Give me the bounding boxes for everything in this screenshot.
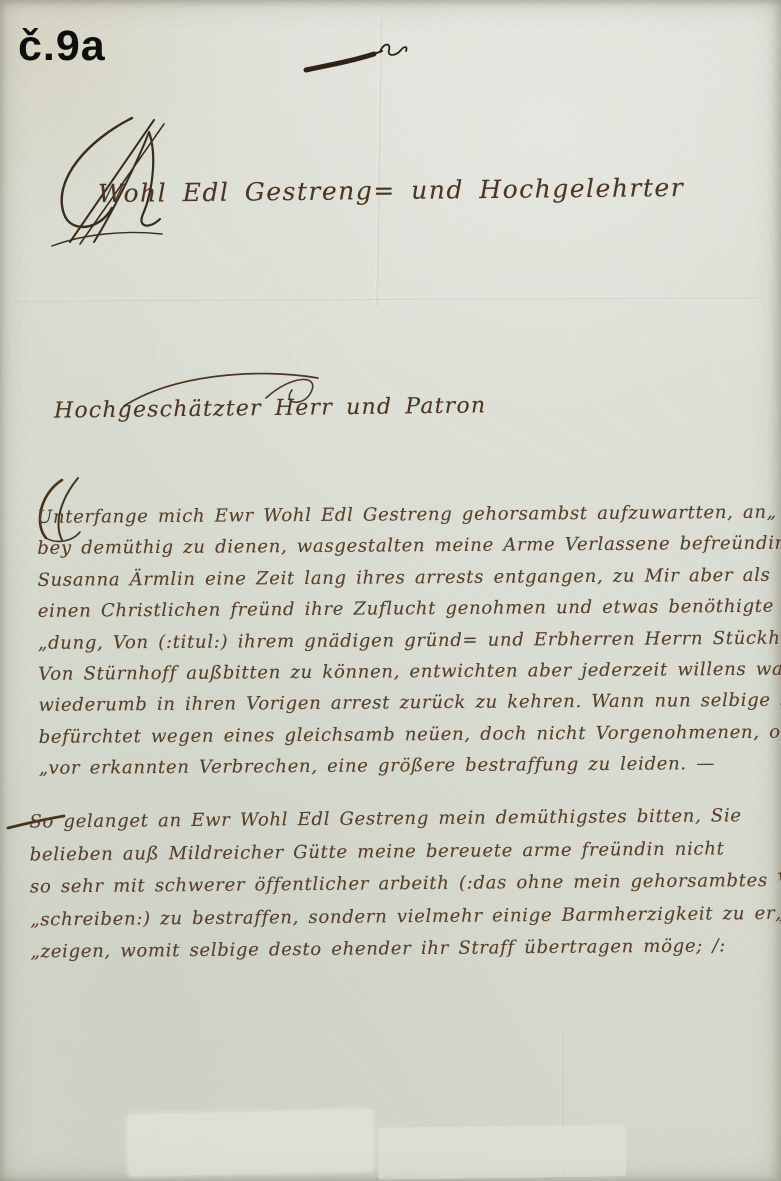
body-line: wiederumb in ihren Vorigen arrest zurück… (38, 685, 781, 722)
body-paragraph-1: Unterfange mich Ewr Wohl Edl Gestreng ge… (37, 496, 781, 784)
bottom-fold-crease (560, 1030, 563, 1178)
letter-salutation: Hochgeschätzter Herr und Patron (54, 393, 487, 423)
paper-repair-patch (378, 1124, 627, 1179)
photographed-manuscript-page: č.9a Wohl Edl Gestreng= und Hochgelehrte… (0, 0, 781, 1181)
body-line: Unterfange mich Ewr Wohl Edl Gestreng ge… (37, 496, 781, 533)
body-line: bey demüthig zu dienen, wasgestalten mei… (37, 528, 781, 565)
body-line: einen Christlichen freünd ihre Zuflucht … (38, 590, 781, 627)
letter-heading: Wohl Edl Gestreng= und Hochgelehrter (98, 173, 684, 208)
body-line: befürchtet wegen eines gleichsamb neüen,… (39, 716, 781, 753)
body-line: „zeigen, womit selbige desto ehender ihr… (30, 930, 781, 969)
ink-paraph-mark (302, 28, 442, 78)
paper-repair-patch (127, 1109, 373, 1176)
body-line: „vor erkannten Verbrechen, eine größere … (39, 747, 781, 784)
body-line: Von Stürnhoff außbitten zu können, entwi… (38, 653, 781, 690)
body-line: Susanna Ärmlin eine Zeit lang ihres arre… (37, 559, 781, 596)
body-paragraph-2: So gelanget an Ewr Wohl Edl Gestreng mei… (29, 800, 781, 970)
body-line: „dung, Von (:titul:) ihrem gnädigen grün… (38, 622, 781, 659)
horizontal-fold-crease (14, 295, 764, 301)
archival-number-label: č.9a (18, 22, 106, 71)
